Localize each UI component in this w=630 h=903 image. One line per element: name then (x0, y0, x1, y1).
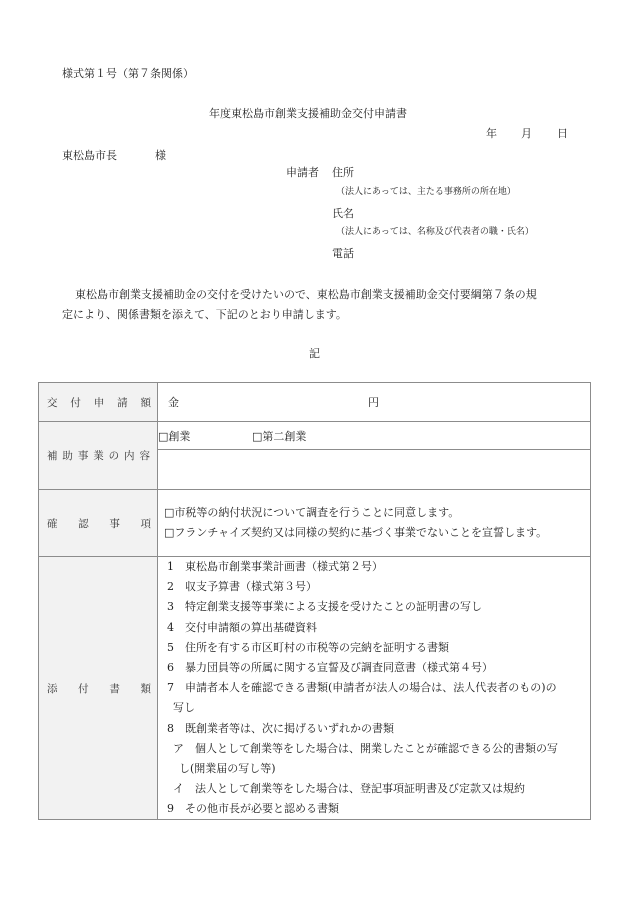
attachment-item: 9 その他市長が必要と認める書類 (165, 799, 590, 819)
confirm-label: 確 認 事 項 (39, 490, 158, 557)
attachment-item: 7 申請者本人を確認できる書類(申請者が法人の場合は、法人代表者のもの)の (165, 678, 590, 698)
application-table: 交 付 申 請 額 金円 補 助 事 業 の 内 容 □創業□第二創業 (38, 382, 591, 820)
label-char: 認 (78, 516, 89, 531)
ki-heading: 記 (309, 348, 320, 359)
applicant-label: 申請者 (286, 167, 319, 178)
attachments-list: 1 東松島市創業事業計画書（様式第２号） 2 収支予算書（様式第３号） 3 特定… (158, 557, 591, 820)
attachment-subitem: イ 法人として創業等をした場合は、登記事項証明書及び定款又は規約 (165, 779, 590, 799)
attachment-item: 5 住所を有する市区町村の市税等の完納を証明する書類 (165, 638, 590, 658)
body-text-line1: 東松島市創業支援補助金の交付を受けたいので、東松島市創業支援補助金交付要綱第７条… (75, 289, 537, 300)
attachment-item: 8 既創業者等は、次に掲げるいずれかの書類 (165, 719, 590, 739)
label-char: 事 (78, 448, 89, 463)
attachment-item: 2 収支予算書（様式第３号） (165, 577, 590, 597)
content-options: □創業□第二創業 (158, 422, 591, 450)
attachment-subitem-continued: し(開業届の写し等) (165, 759, 590, 779)
addressee-suffix: 様 (155, 150, 166, 161)
label-char: 項 (140, 516, 151, 531)
name-label: 氏名 (332, 208, 354, 219)
label-char: 類 (140, 681, 151, 696)
attachments-label: 添 付 書 類 (39, 557, 158, 820)
form-title: 年度東松島市創業支援補助金交付申請書 (209, 108, 407, 119)
attachment-item: 4 交付申請額の算出基礎資料 (165, 618, 590, 638)
content-detail-field[interactable] (158, 450, 591, 490)
checkbox-sogyo[interactable]: □創業 (158, 428, 252, 444)
label-char: 確 (47, 516, 58, 531)
label-char: 容 (139, 448, 150, 463)
date-month-label: 月 (521, 128, 532, 139)
amount-prefix: 金 (158, 394, 368, 410)
label-char: 申 (94, 395, 105, 410)
checkbox-daini-sogyo[interactable]: □第二創業 (252, 430, 306, 443)
label-char: 事 (109, 516, 120, 531)
form-number: 様式第１号（第７条関係） (62, 68, 194, 79)
checkbox-franchise-declaration[interactable]: □フランチャイズ契約又は同様の契約に基づく事業でないことを宣誓します。 (164, 523, 590, 543)
label-char: 添 (47, 681, 58, 696)
attachment-item: 1 東松島市創業事業計画書（様式第２号） (165, 557, 590, 577)
label-char: 助 (62, 448, 73, 463)
amount-field[interactable]: 金円 (158, 383, 591, 422)
attachments-row: 添 付 書 類 1 東松島市創業事業計画書（様式第２号） 2 収支予算書（様式第… (39, 557, 591, 820)
body-text-line2: 定により、関係書類を添えて、下記のとおり申請します。 (62, 309, 347, 320)
amount-row: 交 付 申 請 額 金円 (39, 383, 591, 422)
attachment-item: 6 暴力団員等の所属に関する宣誓及び調査同意書（様式第４号） (165, 658, 590, 678)
date-day-label: 日 (557, 128, 568, 139)
attachment-subitem: ア 個人として創業等をした場合は、開業したことが確認できる公的書類の写 (165, 739, 590, 759)
label-char: 内 (124, 448, 135, 463)
amount-label: 交 付 申 請 額 (39, 383, 158, 422)
content-row-options: 補 助 事 業 の 内 容 □創業□第二創業 (39, 422, 591, 450)
label-char: 額 (141, 395, 152, 410)
label-char: 交 (47, 395, 58, 410)
confirm-items: □市税等の納付状況について調査を行うことに同意します。 □フランチャイズ契約又は… (158, 490, 591, 557)
label-char: 業 (93, 448, 104, 463)
date-year-label: 年 (486, 128, 497, 139)
attachment-item-continued: 写し (165, 698, 590, 718)
label-char: の (109, 448, 120, 463)
label-char: 書 (109, 681, 120, 696)
confirm-row: 確 認 事 項 □市税等の納付状況について調査を行うことに同意します。 □フラン… (39, 490, 591, 557)
content-label: 補 助 事 業 の 内 容 (39, 422, 158, 490)
amount-suffix: 円 (368, 396, 379, 409)
label-char: 付 (70, 395, 81, 410)
label-char: 請 (117, 395, 128, 410)
attachment-item: 3 特定創業支援等事業による支援を受けたことの証明書の写し (165, 597, 590, 617)
phone-label: 電話 (332, 248, 354, 259)
checkbox-tax-consent[interactable]: □市税等の納付状況について調査を行うことに同意します。 (164, 503, 590, 523)
name-note: （法人にあっては、名称及び代表者の職・氏名） (336, 228, 534, 237)
addressee: 東松島市長 (62, 150, 117, 161)
address-note: （法人にあっては、主たる事務所の所在地） (336, 188, 516, 197)
label-char: 補 (47, 448, 58, 463)
label-char: 付 (78, 681, 89, 696)
address-label: 住所 (332, 167, 354, 178)
